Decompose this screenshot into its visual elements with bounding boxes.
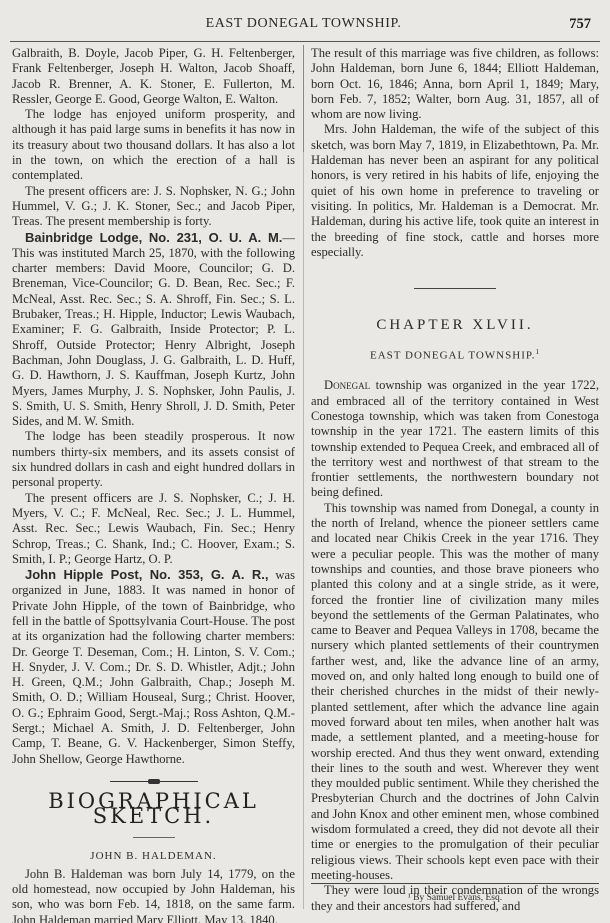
column-divider <box>303 45 304 152</box>
chapter-subtitle: EAST DONEGAL TOWNSHIP.1 <box>311 345 599 364</box>
paragraph: The lodge has been steadily prosperous. … <box>12 429 295 490</box>
short-divider <box>133 837 175 838</box>
paragraph-john-hipple-post: John Hipple Post, No. 353, G. A. R., was… <box>12 567 295 767</box>
running-head: EAST DONEGAL TOWNSHIP. 757 <box>12 16 595 36</box>
paragraph: This township was named from Donegal, a … <box>311 501 599 883</box>
ornament-icon <box>148 779 160 784</box>
book-page: EAST DONEGAL TOWNSHIP. 757 Galbraith, B.… <box>0 0 610 923</box>
subhead: JOHN B. HALDEMAN. <box>12 849 295 864</box>
paragraph-text: was organized in June, 1883. It was name… <box>12 568 295 766</box>
footnote-rule <box>311 883 599 884</box>
footnote: ¹ By Samuel Evans, Esq. <box>311 893 599 903</box>
paragraph: Galbraith, B. Doyle, Jacob Piper, G. H. … <box>12 46 295 107</box>
right-column: The result of this marriage was five chi… <box>311 46 599 914</box>
paragraph: The present officers are: J. S. Nophsker… <box>12 184 295 230</box>
header-rule <box>10 41 600 42</box>
left-column: Galbraith, B. Doyle, Jacob Piper, G. H. … <box>12 46 295 923</box>
ornament-divider <box>110 781 198 782</box>
chapter-title: CHAPTER XLVII. <box>311 318 599 333</box>
paragraph: The present officers are J. S. Nophsker,… <box>12 491 295 567</box>
bainbridge-lodge-heading: Bainbridge Lodge, No. 231, O. U. A. M. <box>25 230 282 245</box>
section-title: BIOGRAPHICAL SKETCH. <box>12 794 295 825</box>
paragraph-bainbridge-lodge: Bainbridge Lodge, No. 231, O. U. A. M.—T… <box>12 230 295 430</box>
paragraph-text: —This was instituted March 25, 1870, wit… <box>12 231 295 429</box>
paragraph: Mrs. John Haldeman, the wife of the subj… <box>311 122 599 260</box>
paragraph: The lodge has enjoyed uniform prosperity… <box>12 107 295 183</box>
paragraph: The result of this marriage was five chi… <box>311 46 599 122</box>
paragraph: John B. Haldeman was born July 14, 1779,… <box>12 867 295 923</box>
running-title: EAST DONEGAL TOWNSHIP. <box>12 16 595 32</box>
page-number: 757 <box>569 16 591 33</box>
drop-lead-word: Donegal <box>324 378 370 392</box>
john-hipple-post-heading: John Hipple Post, No. 353, G. A. R., <box>25 567 268 582</box>
section-divider <box>414 288 496 289</box>
chapter-subtitle-text: EAST DONEGAL TOWNSHIP. <box>370 350 536 362</box>
column-divider-faint <box>303 152 304 909</box>
footnote-marker[interactable]: 1 <box>536 348 541 356</box>
paragraph: Donegal township was organized in the ye… <box>311 378 599 500</box>
paragraph-text: township was organized in the year 1722,… <box>311 378 599 499</box>
